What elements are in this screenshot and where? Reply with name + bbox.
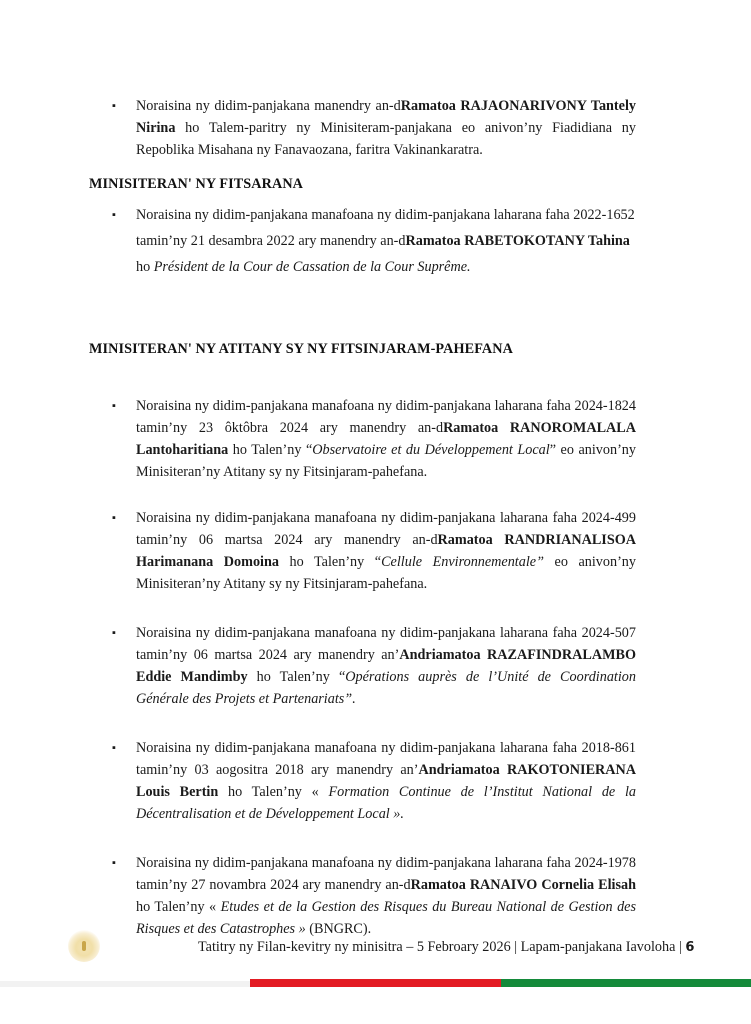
- item-text: Noraisina ny didim-panjakana manafoana n…: [136, 622, 636, 710]
- item-text: Noraisina ny didim-panjakana manafoana n…: [136, 852, 636, 940]
- appointee-name: Ramatoa RABETOKOTANY Tahina: [405, 233, 629, 249]
- page-footer: Tatitry ny Filan-kevitry ny minisitra – …: [198, 939, 694, 956]
- document-page: ▪ Noraisina ny didim-panjakana manendry …: [0, 0, 751, 1024]
- item-text-post: ho Talem-paritry ny Minisiteram-panjakan…: [136, 120, 636, 158]
- position-title: Cellule Environnementale”: [381, 554, 544, 570]
- item-text-mid: ho Talen’ny “: [248, 669, 346, 685]
- page-number: 6: [685, 940, 694, 955]
- list-item: ▪ Noraisina ny didim-panjakana manafoana…: [112, 507, 636, 595]
- item-text: Noraisina ny didim-panjakana manafoana n…: [136, 507, 636, 595]
- list-item: ▪ Noraisina ny didim-panjakana manafoana…: [112, 202, 636, 280]
- flag-band-red: [250, 979, 501, 987]
- position-title: Président de la Cour de Cassation de la …: [154, 259, 471, 275]
- bullet-icon: ▪: [112, 95, 116, 117]
- item-text-mid: ho: [136, 259, 154, 275]
- flag-band-white: [0, 981, 250, 987]
- section-heading-fitsarana: MINISITERAN' NY FITSARANA: [89, 176, 303, 193]
- position-title: Observatoire et du Développement Local: [312, 442, 549, 458]
- section-heading-atitany: MINISITERAN' NY ATITANY SY NY FITSINJARA…: [89, 341, 513, 358]
- bullet-icon: ▪: [112, 507, 116, 529]
- list-item: ▪ Noraisina ny didim-panjakana manendry …: [112, 95, 636, 161]
- flag-band-green: [501, 979, 751, 987]
- item-text-post: (BNGRC).: [306, 921, 371, 937]
- item-text: Noraisina ny didim-panjakana manafoana n…: [136, 395, 636, 483]
- list-item: ▪ Noraisina ny didim-panjakana manafoana…: [112, 622, 636, 710]
- bullet-icon: ▪: [112, 737, 116, 759]
- bullet-icon: ▪: [112, 395, 116, 417]
- item-text-mid: ho Talen’ny «: [218, 784, 328, 800]
- bullet-icon: ▪: [112, 852, 116, 874]
- item-text-mid: ho Talen’ny «: [136, 899, 221, 915]
- item-text: Noraisina ny didim-panjakana manafoana n…: [136, 202, 636, 280]
- item-text-mid: ho Talen’ny “: [228, 442, 312, 458]
- appointee-name: Ramatoa RANAIVO Cornelia Elisah: [411, 877, 636, 893]
- bullet-icon: ▪: [112, 622, 116, 644]
- bullet-icon: ▪: [112, 202, 116, 228]
- list-item: ▪ Noraisina ny didim-panjakana manafoana…: [112, 395, 636, 483]
- list-item: ▪ Noraisina ny didim-panjakana manafoana…: [112, 737, 636, 825]
- item-text-pre: Noraisina ny didim-panjakana manendry an…: [136, 98, 401, 114]
- emblem-logo-icon: [68, 930, 100, 962]
- list-item: ▪ Noraisina ny didim-panjakana manafoana…: [112, 852, 636, 940]
- footer-text: Tatitry ny Filan-kevitry ny minisitra – …: [198, 939, 685, 955]
- emblem-leaf: [82, 941, 86, 951]
- item-text: Noraisina ny didim-panjakana manafoana n…: [136, 737, 636, 825]
- item-text: Noraisina ny didim-panjakana manendry an…: [136, 95, 636, 161]
- item-text-mid: ho Talen’ny “: [279, 554, 381, 570]
